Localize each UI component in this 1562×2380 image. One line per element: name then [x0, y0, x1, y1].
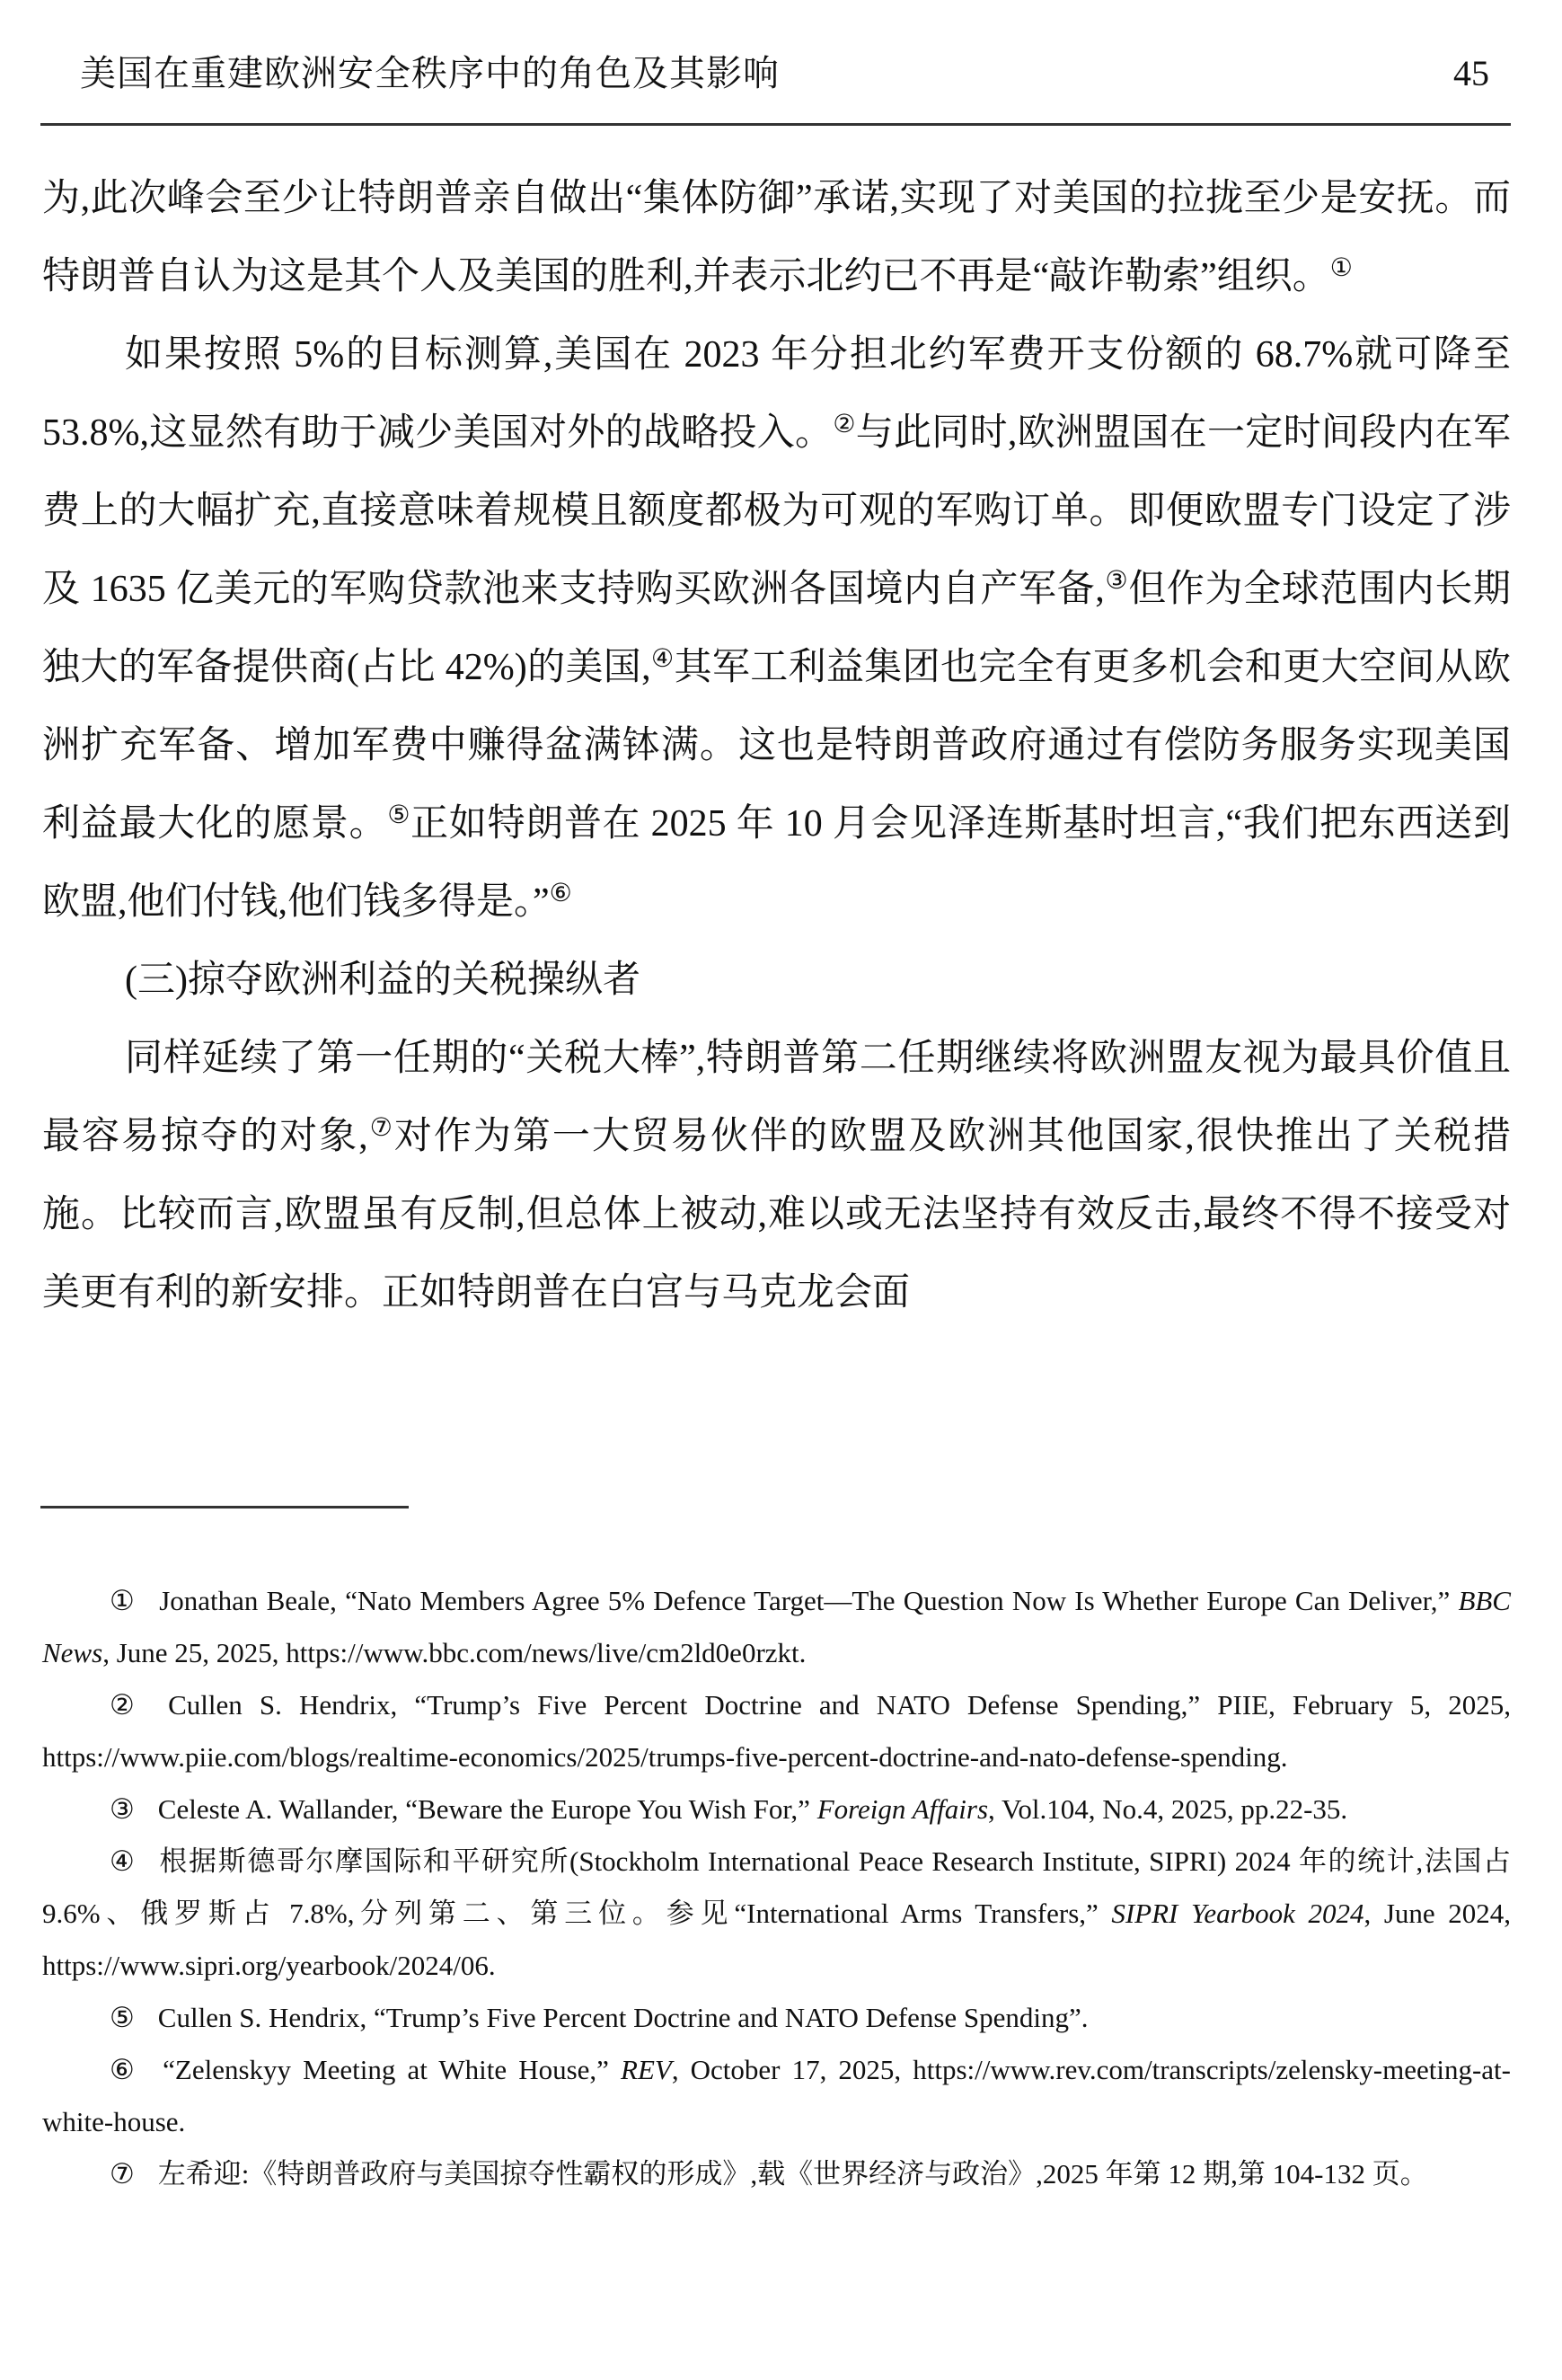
footnotes: ①Jonathan Beale, “Nato Members Agree 5% …: [42, 1575, 1511, 2200]
footnote-ref-5[interactable]: ⑤: [387, 801, 410, 829]
section-heading: (三)掠夺欧洲利益的关税操纵者: [42, 942, 1511, 1020]
footnote-3: ③Celeste A. Wallander, “Beware the Europ…: [42, 1783, 1511, 1836]
footnote-6: ⑥“Zelenskyy Meeting at White House,” REV…: [42, 2044, 1511, 2148]
running-title: 美国在重建欧洲安全秩序中的角色及其影响: [80, 52, 780, 95]
paragraph-continued: 为,此次峰会至少让特朗普亲自做出“集体防御”承诺,实现了对美国的拉拢至少是安抚。…: [42, 160, 1511, 316]
footnote-2: ②Cullen S. Hendrix, “Trump’s Five Percen…: [42, 1679, 1511, 1783]
footnote-4: ④根据斯德哥尔摩国际和平研究所(Stockholm International …: [42, 1836, 1511, 1992]
footnote-ref-3[interactable]: ③: [1105, 567, 1128, 595]
footnote-ref-1[interactable]: ①: [1330, 254, 1353, 282]
page-header: 美国在重建欧洲安全秩序中的角色及其影响 45: [40, 0, 1511, 126]
paragraph-defense-spending: 如果按照 5%的目标测算,美国在 2023 年分担北约军费开支份额的 68.7%…: [42, 316, 1511, 942]
footnote-separator: [40, 1506, 409, 1509]
page-number: 45: [1453, 52, 1489, 95]
paragraph-tariffs: 同样延续了第一任期的“关税大棒”,特朗普第二任期继续将欧洲盟友视为最具价值且最容…: [42, 1020, 1511, 1332]
footnote-7: ⑦左希迎:《特朗普政府与美国掠夺性霸权的形成》,载《世界经济与政治》,2025 …: [42, 2148, 1511, 2200]
footnote-ref-4[interactable]: ④: [651, 645, 675, 673]
footnote-ref-6[interactable]: ⑥: [550, 880, 572, 907]
footnote-ref-2[interactable]: ②: [833, 411, 855, 438]
footnote-1: ①Jonathan Beale, “Nato Members Agree 5% …: [42, 1575, 1511, 1679]
body-text: 为,此次峰会至少让特朗普亲自做出“集体防御”承诺,实现了对美国的拉拢至少是安抚。…: [42, 160, 1511, 1332]
footnote-ref-7[interactable]: ⑦: [368, 1114, 394, 1142]
footnote-5: ⑤Cullen S. Hendrix, “Trump’s Five Percen…: [42, 1992, 1511, 2044]
